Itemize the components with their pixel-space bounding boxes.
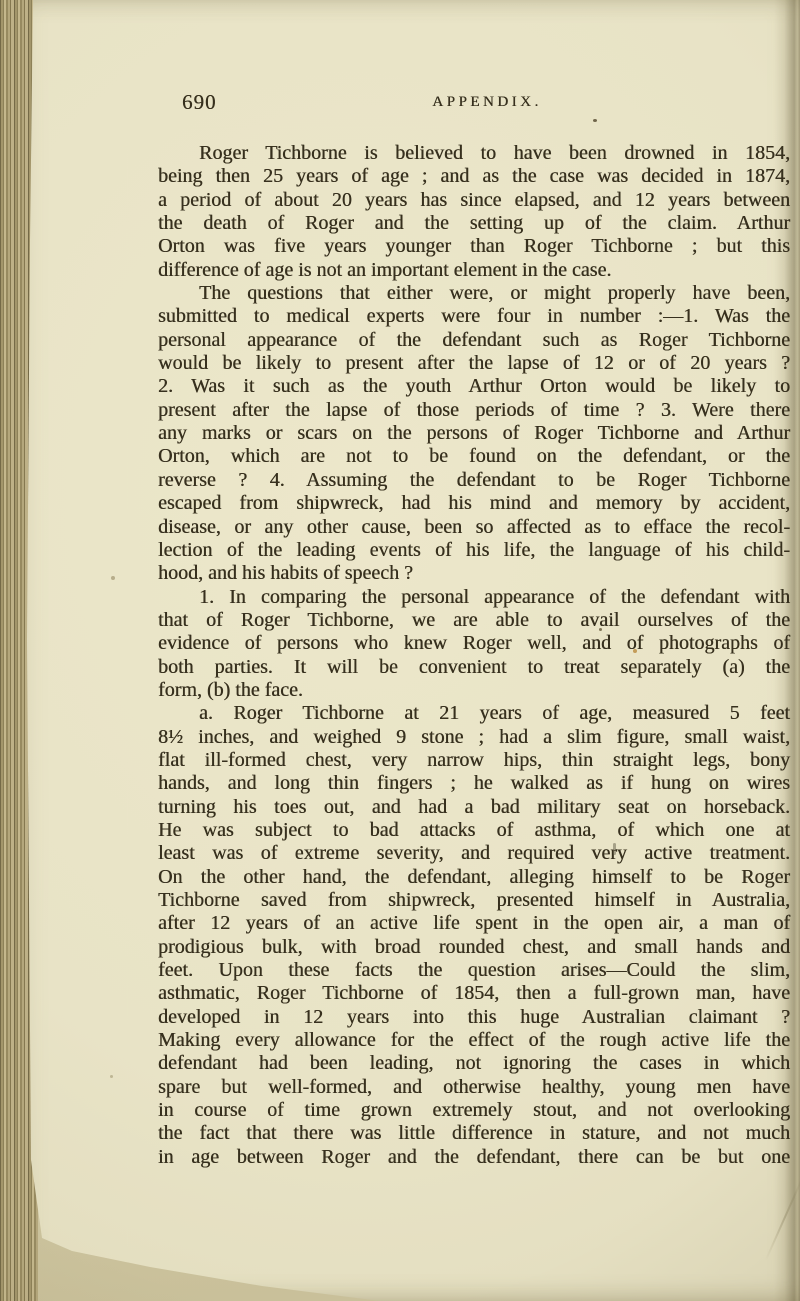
text-line: 2. Was it such as the youth Arthur Orton… — [158, 375, 790, 398]
page-content: 690 APPENDIX. Roger Tichborne is believe… — [158, 90, 790, 1169]
text-line: Making every allowance for the effect of… — [158, 1029, 790, 1052]
text-line: least was of extreme severity, and requi… — [158, 842, 790, 865]
text-line: hood, and his habits of speech ? — [158, 562, 790, 585]
running-header: APPENDIX. — [158, 90, 790, 111]
text-line: Tichborne saved from shipwreck, presente… — [158, 889, 790, 912]
text-line: after 12 years of an active life spent i… — [158, 912, 790, 935]
text-line: in course of time grown extremely stout,… — [158, 1099, 790, 1122]
text-line: evidence of persons who knew Roger well,… — [158, 632, 790, 655]
text-line: 8½ inches, and weighed 9 stone ; had a s… — [158, 726, 790, 749]
body-text: Roger Tichborne is believed to have been… — [158, 142, 790, 1169]
text-line: being then 25 years of age ; and as the … — [158, 165, 790, 188]
text-line: personal appearance of the defendant suc… — [158, 329, 790, 352]
text-line: feet. Upon these facts the question aris… — [158, 959, 790, 982]
text-line: a. Roger Tichborne at 21 years of age, m… — [158, 702, 790, 725]
text-line: prodigious bulk, with broad rounded ches… — [158, 936, 790, 959]
text-line: in age between Roger and the defendant, … — [158, 1146, 790, 1169]
text-line: turning his toes out, and had a bad mili… — [158, 796, 790, 819]
text-line: defendant had been leading, not ignoring… — [158, 1052, 790, 1075]
text-line: that of Roger Tichborne, we are able to … — [158, 609, 790, 632]
text-line: Roger Tichborne is believed to have been… — [158, 142, 790, 165]
text-line: would be likely to present after the lap… — [158, 352, 790, 375]
text-line: reverse ? 4. Assuming the defendant to b… — [158, 469, 790, 492]
text-line: On the other hand, the defendant, allegi… — [158, 866, 790, 889]
text-line: He was subject to bad attacks of asthma,… — [158, 819, 790, 842]
text-line: a period of about 20 years has since ela… — [158, 189, 790, 212]
text-line: disease, or any other cause, been so aff… — [158, 516, 790, 539]
text-line: lection of the leading events of his lif… — [158, 539, 790, 562]
paragraph-3: 1. In comparing the personal appearance … — [158, 586, 790, 703]
text-line: any marks or scars on the persons of Rog… — [158, 422, 790, 445]
text-line: form, (b) the face. — [158, 679, 790, 702]
text-line: the death of Roger and the setting up of… — [158, 212, 790, 235]
text-line: spare but well-formed, and otherwise hea… — [158, 1076, 790, 1099]
book-scan: 690 APPENDIX. Roger Tichborne is believe… — [0, 0, 800, 1301]
text-line: the fact that there was little differenc… — [158, 1122, 790, 1145]
text-line: flat ill-formed chest, very narrow hips,… — [158, 749, 790, 772]
text-line: hands, and long thin fingers ; he walked… — [158, 772, 790, 795]
text-line: developed in 12 years into this huge Aus… — [158, 1006, 790, 1029]
paragraph-2: The questions that either were, or might… — [158, 282, 790, 585]
page-number: 690 — [182, 90, 217, 115]
text-line: submitted to medical experts were four i… — [158, 305, 790, 328]
text-line: asthmatic, Roger Tichborne of 1854, then… — [158, 982, 790, 1005]
text-line: difference of age is not an important el… — [158, 259, 790, 282]
text-line: Orton was five years younger than Roger … — [158, 235, 790, 258]
text-line: The questions that either were, or might… — [158, 282, 790, 305]
text-line: escaped from shipwreck, had his mind and… — [158, 492, 790, 515]
text-line: Orton, which are not to be found on the … — [158, 445, 790, 468]
paragraph-1: Roger Tichborne is believed to have been… — [158, 142, 790, 282]
text-line: present after the lapse of those periods… — [158, 399, 790, 422]
text-line: 1. In comparing the personal appearance … — [158, 586, 790, 609]
text-line: both parties. It will be convenient to t… — [158, 656, 790, 679]
paragraph-4: a. Roger Tichborne at 21 years of age, m… — [158, 702, 790, 1169]
page-header: 690 APPENDIX. — [158, 90, 790, 112]
